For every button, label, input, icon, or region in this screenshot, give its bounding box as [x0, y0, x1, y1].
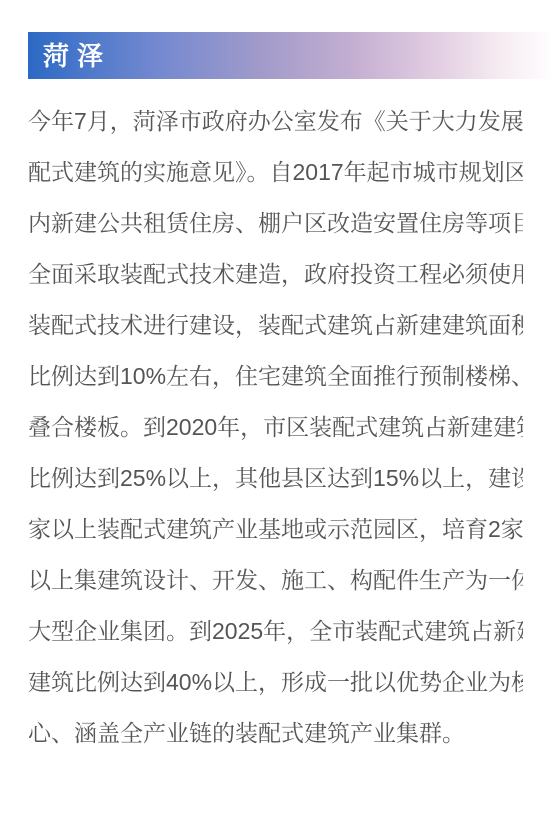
paragraph-line: 今年7月，菏泽市政府办公室发布《关于大力发展装: [28, 96, 523, 147]
paragraph-line: 叠合楼板。到2020年，市区装配式建筑占新建建筑: [28, 402, 523, 453]
paragraph-line: 家以上装配式建筑产业基地或示范园区，培育2家: [28, 504, 523, 555]
paragraph-line: 内新建公共租赁住房、棚户区改造安置住房等项目: [28, 198, 523, 249]
section-title: 菏泽: [28, 43, 111, 69]
paragraph-line: 装配式技术进行建设，装配式建筑占新建建筑面积: [28, 300, 523, 351]
paragraph-line: 以上集建筑设计、开发、施工、构配件生产为一体的: [28, 555, 523, 606]
article-paragraph: 今年7月，菏泽市政府办公室发布《关于大力发展装配式建筑的实施意见》。自2017年…: [28, 96, 523, 759]
section-header-banner: 菏泽: [28, 32, 550, 79]
paragraph-line: 大型企业集团。到2025年，全市装配式建筑占新建: [28, 606, 523, 657]
paragraph-line: 建筑比例达到40%以上，形成一批以优势企业为核: [28, 657, 523, 708]
paragraph-line: 心、涵盖全产业链的装配式建筑产业集群。: [28, 708, 523, 759]
document-page: 菏泽 今年7月，菏泽市政府办公室发布《关于大力发展装配式建筑的实施意见》。自20…: [0, 0, 550, 817]
paragraph-line: 比例达到25%以上，其他县区达到15%以上，建设2: [28, 453, 523, 504]
paragraph-line: 比例达到10%左右，住宅建筑全面推行预制楼梯、: [28, 351, 523, 402]
paragraph-line: 配式建筑的实施意见》。自2017年起市城市规划区: [28, 147, 523, 198]
paragraph-line: 全面采取装配式技术建造，政府投资工程必须使用: [28, 249, 523, 300]
